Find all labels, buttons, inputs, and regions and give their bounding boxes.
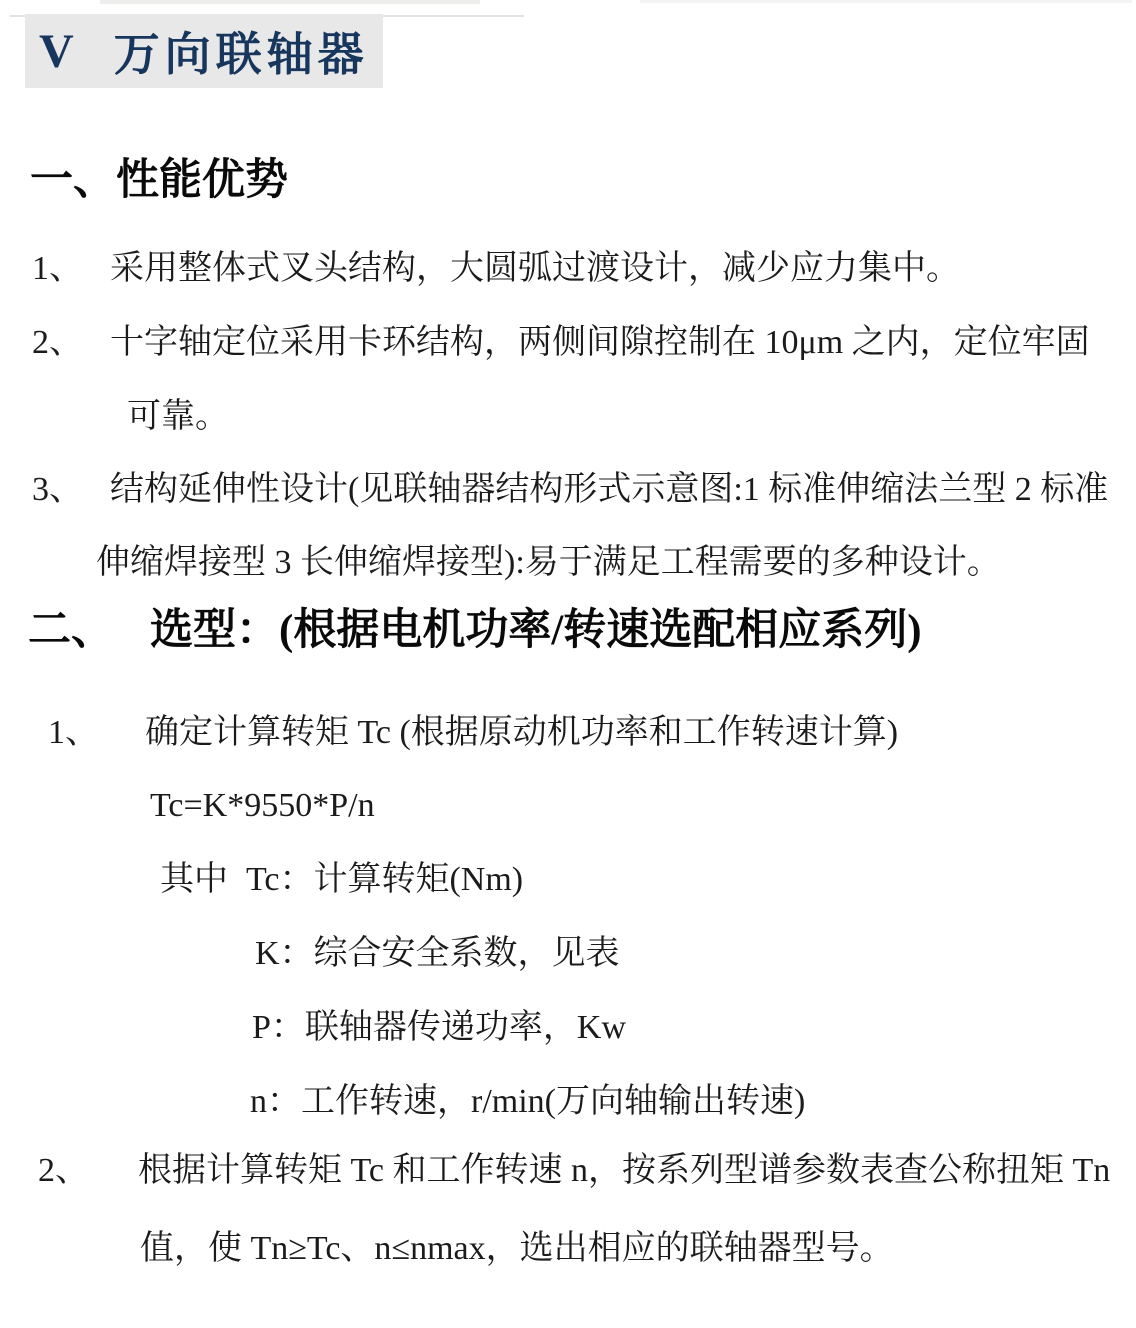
definition-tc: 其中Tc：计算转矩(Nm) [160, 857, 523, 903]
section1-item-2: 2、十字轴定位采用卡环结构，两侧间隙控制在 10μm 之内，定位牢固 [32, 320, 1090, 366]
chapter-title-text: 万向联轴器 [114, 18, 369, 84]
list-number: 1、 [48, 710, 145, 756]
section2-item-1: 1、确定计算转矩 Tc (根据原动机功率和工作转速计算) [48, 710, 898, 756]
scan-artifact [100, 0, 480, 4]
list-text: 确定计算转矩 Tc (根据原动机功率和工作转速计算) [145, 714, 898, 751]
section1-item-3: 3、结构延伸性设计(见联轴器结构形式示意图:1 标准伸缩法兰型 2 标准 [32, 467, 1108, 513]
section-number: 二、 [28, 602, 150, 660]
list-text: 采用整体式叉头结构，大圆弧过渡设计，减少应力集中。 [110, 250, 960, 287]
section2-heading: 二、选型：(根据电机功率/转速选配相应系列) [28, 602, 922, 660]
scan-artifact [640, 0, 1132, 3]
list-number: 2、 [38, 1148, 138, 1194]
chapter-title-bar: V 万向联轴器 [25, 14, 383, 88]
section1-heading: 一、性能优势 [30, 152, 288, 210]
chapter-number: V [39, 24, 74, 79]
list-number: 3、 [32, 467, 110, 513]
list-number: 1、 [32, 246, 110, 292]
list-number: 2、 [32, 320, 110, 366]
section2-item-2-continuation: 值，使 Tn≥Tc、n≤nmax，选出相应的联轴器型号。 [140, 1226, 894, 1272]
definition-n: n：工作转速，r/min(万向轴输出转速) [250, 1079, 805, 1125]
section2-item-2: 2、根据计算转矩 Tc 和工作转速 n，按系列型谱参数表查公称扭矩 Tn [38, 1148, 1110, 1194]
section1-item-2-continuation: 可靠。 [127, 394, 229, 440]
section-heading-text: 选型：(根据电机功率/转速选配相应系列) [150, 607, 922, 654]
torque-formula: Tc=K*9550*P/n [150, 783, 375, 829]
list-text: 结构延伸性设计(见联轴器结构形式示意图:1 标准伸缩法兰型 2 标准 [110, 471, 1108, 508]
document-page: V 万向联轴器 一、性能优势 1、采用整体式叉头结构，大圆弧过渡设计，减少应力集… [0, 0, 1136, 1328]
list-text: 根据计算转矩 Tc 和工作转速 n，按系列型谱参数表查公称扭矩 Tn [138, 1152, 1110, 1189]
definition-p: P：联轴器传递功率，Kw [252, 1005, 626, 1051]
list-text: 十字轴定位采用卡环结构，两侧间隙控制在 10μm 之内，定位牢固 [110, 324, 1090, 361]
definition-label: 其中 [160, 857, 228, 903]
section1-item-1: 1、采用整体式叉头结构，大圆弧过渡设计，减少应力集中。 [32, 246, 960, 292]
definition-k: K：综合安全系数，见表 [255, 931, 620, 977]
section1-item-3-continuation: 伸缩焊接型 3 长伸缩焊接型):易于满足工程需要的多种设计。 [96, 540, 1001, 586]
definition-text: Tc：计算转矩(Nm) [246, 861, 523, 898]
